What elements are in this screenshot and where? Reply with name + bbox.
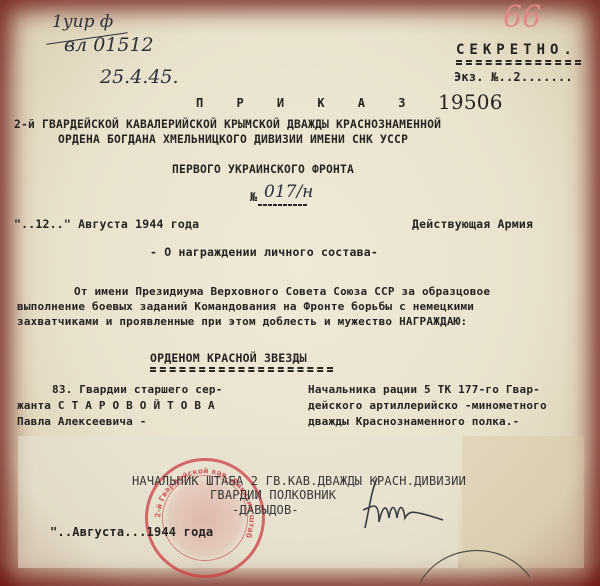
- order-number: 017/н: [264, 182, 313, 202]
- order-date: "..12.." Августа 1944 года: [14, 217, 199, 231]
- classification-label: СЕКРЕТНО.: [456, 42, 577, 58]
- handwritten-ref-line2: вл 01512: [64, 34, 154, 56]
- preamble-line1: От имени Президиума Верховного Совета Со…: [74, 285, 490, 298]
- classification-underline: [456, 60, 581, 65]
- copy-number: Экз. №..2.......: [454, 70, 573, 84]
- handwritten-ref-date: 25.4.45.: [100, 66, 179, 88]
- order-location: Действующая Армия: [412, 217, 533, 231]
- awardee-position-line1: Начальника рации 5 ТК 177-го Гвар-: [308, 383, 540, 396]
- unit-name-line2: ОРДЕНА БОГДАНА ХМЕЛЬНИЦКОГО ДИВИЗИИ ИМЕН…: [58, 133, 408, 146]
- award-heading: ОРДЕНОМ КРАСНОЙ ЗВЕЗДЫ: [150, 351, 307, 365]
- preamble-line3: захватчиками и проявленные при этом добл…: [17, 315, 467, 328]
- handwritten-ref-line1: 1уир ф: [52, 12, 113, 32]
- signature-rank: ГВАРДИИ ПОЛКОВНИК: [210, 488, 336, 502]
- order-number-underline: [258, 204, 308, 206]
- signatory-name: -ДАВЫДОВ-: [232, 503, 299, 517]
- document-frame: 1уир ф вл 01512 25.4.45. 66 СЕКРЕТНО. Эк…: [0, 0, 600, 586]
- award-heading-underline: [150, 367, 333, 372]
- preamble-line2: выполнение боевых заданий Командования н…: [17, 300, 474, 313]
- awardee-surname: жанта С Т А Р О В О Й Т О В А: [17, 399, 215, 412]
- front-name: ПЕРВОГО УКРАИНСКОГО ФРОНТА: [172, 163, 354, 176]
- awardee-given-name: Павла Алексеевича -: [17, 415, 147, 428]
- page-number-red: 66: [503, 0, 541, 35]
- pen-stroke-mark: [380, 525, 560, 585]
- order-subject: - О награждении личного состава-: [150, 245, 378, 259]
- registration-number: 19506: [438, 90, 503, 114]
- awardee-position-line3: дважды Краснознаменного полка.-: [308, 415, 520, 428]
- document-title: П Р И К А З: [196, 96, 418, 110]
- awardee-position-line2: дейского артиллерийско -минометного: [308, 399, 547, 412]
- awardee-rank: 83. Гвардии старшего сер-: [52, 383, 223, 396]
- footer-date: "..Августа...1944 года: [50, 525, 213, 539]
- unit-name-line1: 2-й ГВАРДЕЙСКОЙ КАВАЛЕРИЙСКОЙ КРЫМСКОЙ Д…: [14, 118, 441, 131]
- order-number-prefix: №: [250, 190, 257, 204]
